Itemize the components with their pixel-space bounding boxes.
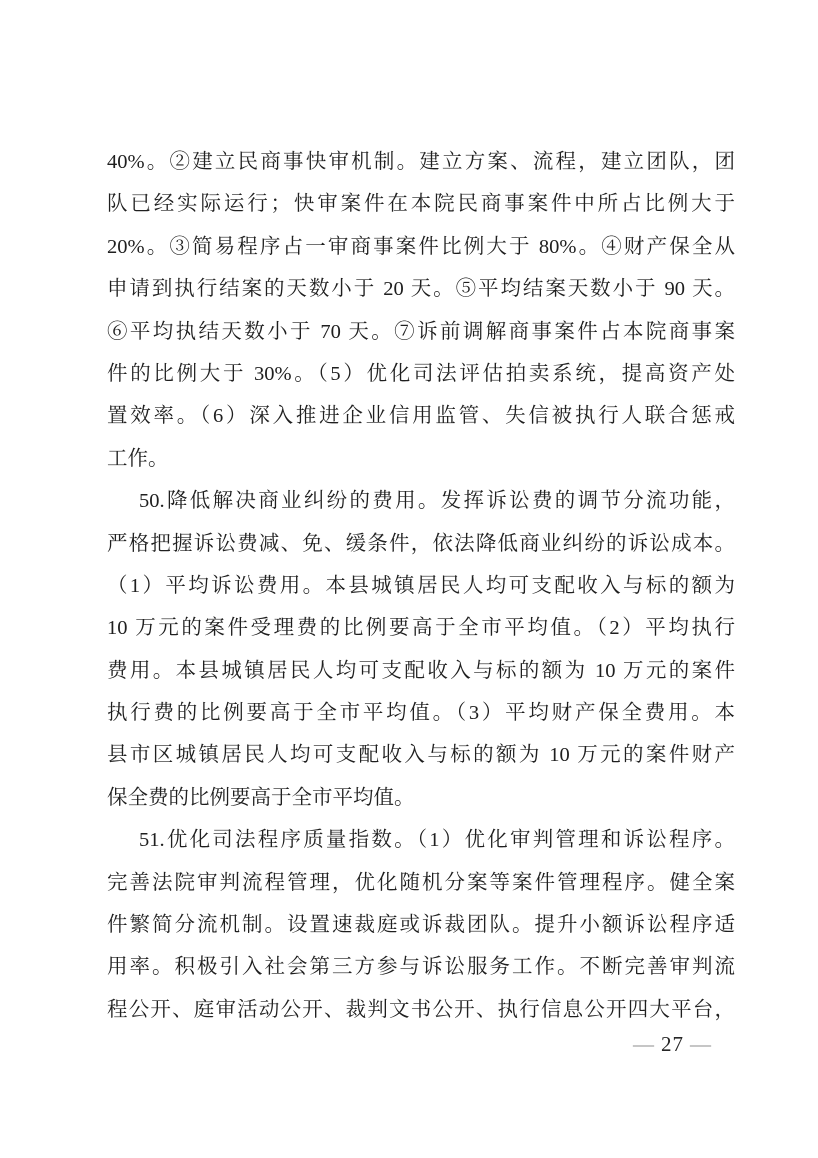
text-line: 50.降低解决商业纠纷的费用。发挥诉讼费的调节分流功能， bbox=[107, 480, 735, 522]
page-number-dash-left: — bbox=[633, 1032, 655, 1056]
text-line: 保全费的比例要高于全市平均值。 bbox=[107, 777, 735, 819]
text-line: （1）平均诉讼费用。本县城镇居民人均可支配收入与标的额为 bbox=[107, 565, 735, 607]
text-line: 申请到执行结案的天数小于 20 天。⑤平均结案天数小于 90 天。 bbox=[107, 268, 735, 310]
document-body: 40%。②建立民商事快审机制。建立方案、流程，建立团队，团队已经实际运行；快审案… bbox=[107, 141, 735, 1031]
text-line: 县市区城镇居民人均可支配收入与标的额为 10 万元的案件财产 bbox=[107, 734, 735, 776]
scanned-page: 40%。②建立民商事快审机制。建立方案、流程，建立团队，团队已经实际运行；快审案… bbox=[0, 0, 818, 1158]
text-line: 51.优化司法程序质量指数。（1）优化审判管理和诉讼程序。 bbox=[107, 819, 735, 861]
text-line: 完善法院审判流程管理，优化随机分案等案件管理程序。健全案 bbox=[107, 862, 735, 904]
text-line: 置效率。（6）深入推进企业信用监管、失信被执行人联合惩戒 bbox=[107, 395, 735, 437]
text-line: 用率。积极引入社会第三方参与诉讼服务工作。不断完善审判流 bbox=[107, 946, 735, 988]
text-line: 40%。②建立民商事快审机制。建立方案、流程，建立团队，团 bbox=[107, 141, 735, 183]
text-line: 20%。③简易程序占一审商事案件比例大于 80%。④财产保全从 bbox=[107, 226, 735, 268]
text-line: 队已经实际运行；快审案件在本院民商事案件中所占比例大于 bbox=[107, 183, 735, 225]
text-line: 执行费的比例要高于全市平均值。（3）平均财产保全费用。本 bbox=[107, 692, 735, 734]
page-number: —27— bbox=[633, 1030, 712, 1058]
page-number-value: 27 bbox=[655, 1032, 690, 1056]
text-line: ⑥平均执结天数小于 70 天。⑦诉前调解商事案件占本院商事案 bbox=[107, 311, 735, 353]
page-number-dash-right: — bbox=[690, 1032, 712, 1056]
text-line: 严格把握诉讼费减、免、缓条件，依法降低商业纠纷的诉讼成本。 bbox=[107, 523, 735, 565]
text-line: 件繁简分流机制。设置速裁庭或诉裁团队。提升小额诉讼程序适 bbox=[107, 904, 735, 946]
text-line: 程公开、庭审活动公开、裁判文书公开、执行信息公开四大平台， bbox=[107, 989, 735, 1031]
text-line: 件的比例大于 30%。（5）优化司法评估拍卖系统，提高资产处 bbox=[107, 353, 735, 395]
text-line: 工作。 bbox=[107, 438, 735, 480]
text-line: 10 万元的案件受理费的比例要高于全市平均值。（2）平均执行 bbox=[107, 607, 735, 649]
text-line: 费用。本县城镇居民人均可支配收入与标的额为 10 万元的案件 bbox=[107, 650, 735, 692]
